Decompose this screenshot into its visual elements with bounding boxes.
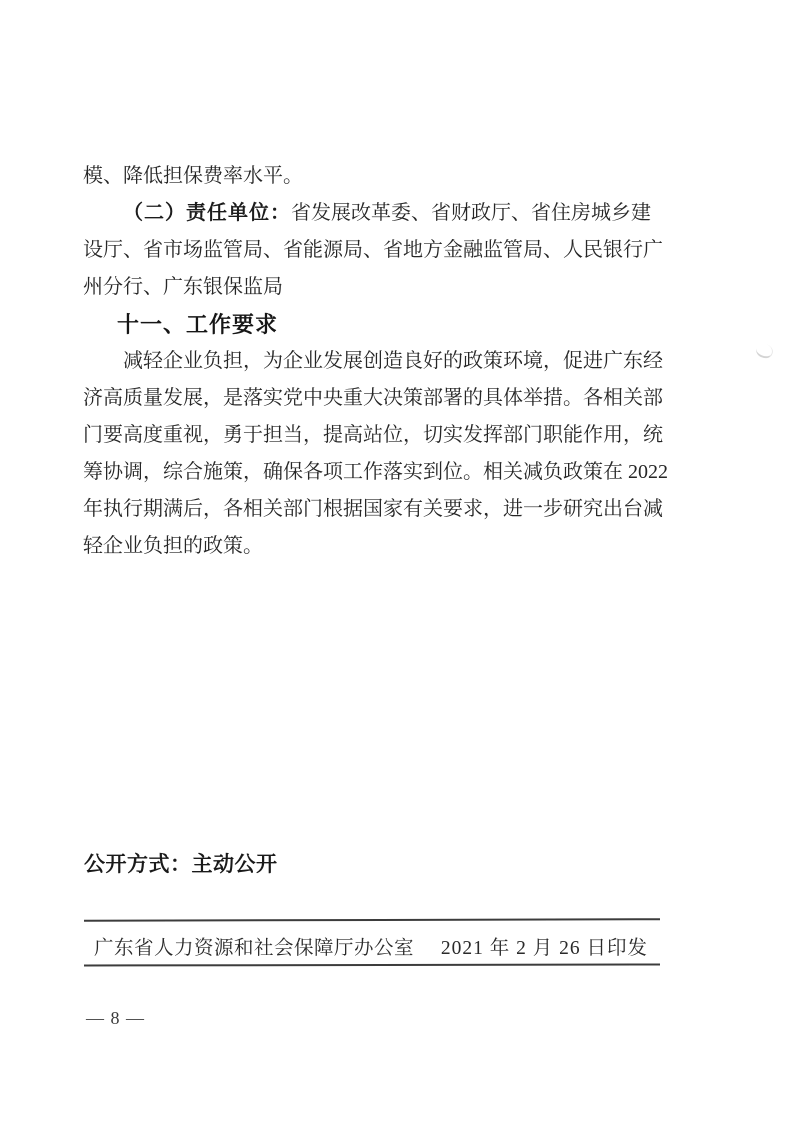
body-line: 门要高度重视，勇于担当，提高站位，切实发挥部门职能作用，统 — [83, 417, 665, 454]
colophon: 广东省人力资源和社会保障厅办公室 2021 年 2 月 26 日印发 — [84, 928, 660, 964]
section-heading: 十一、工作要求 — [83, 306, 665, 343]
carryover-line: 模、降低担保费率水平。 — [83, 158, 665, 195]
responsibility-label: （二）责任单位： — [123, 202, 291, 224]
responsibility-line-1: （二）责任单位：省发展改革委、省财政厅、省住房城乡建 — [83, 195, 665, 232]
issuing-office: 广东省人力资源和社会保障厅办公室 — [84, 932, 414, 960]
colophon-top-rule — [84, 918, 660, 922]
scan-artifact — [754, 342, 774, 361]
print-date: 2021 年 2 月 26 日印发 — [441, 932, 660, 960]
body-line: 年执行期满后，各相关部门根据国家有关要求，进一步研究出台减 — [83, 491, 665, 528]
body-line: 济高质量发展，是落实党中央重大决策部署的具体举措。各相关部 — [83, 380, 665, 417]
body-line: 轻企业负担的政策。 — [83, 528, 665, 565]
responsibility-line-1-text: 省发展改革委、省财政厅、省住房城乡建 — [291, 202, 651, 224]
colophon-bottom-rule — [84, 963, 660, 966]
scanned-document-page: 模、降低担保费率水平。 （二）责任单位：省发展改革委、省财政厅、省住房城乡建 设… — [0, 0, 789, 1122]
body-line: 筹协调，综合施策，确保各项工作落实到位。相关减负政策在 2022 — [83, 454, 665, 491]
responsibility-line-3: 州分行、广东银保监局 — [83, 269, 665, 306]
responsibility-line-2: 设厅、省市场监管局、省能源局、省地方金融监管局、人民银行广 — [83, 232, 665, 269]
document-body: 模、降低担保费率水平。 （二）责任单位：省发展改革委、省财政厅、省住房城乡建 设… — [83, 158, 665, 565]
body-line: 减轻企业负担，为企业发展创造良好的政策环境，促进广东经 — [83, 343, 665, 380]
page-number: — 8 — — [86, 1008, 145, 1029]
disclosure-method: 公开方式：主动公开 — [84, 848, 278, 878]
